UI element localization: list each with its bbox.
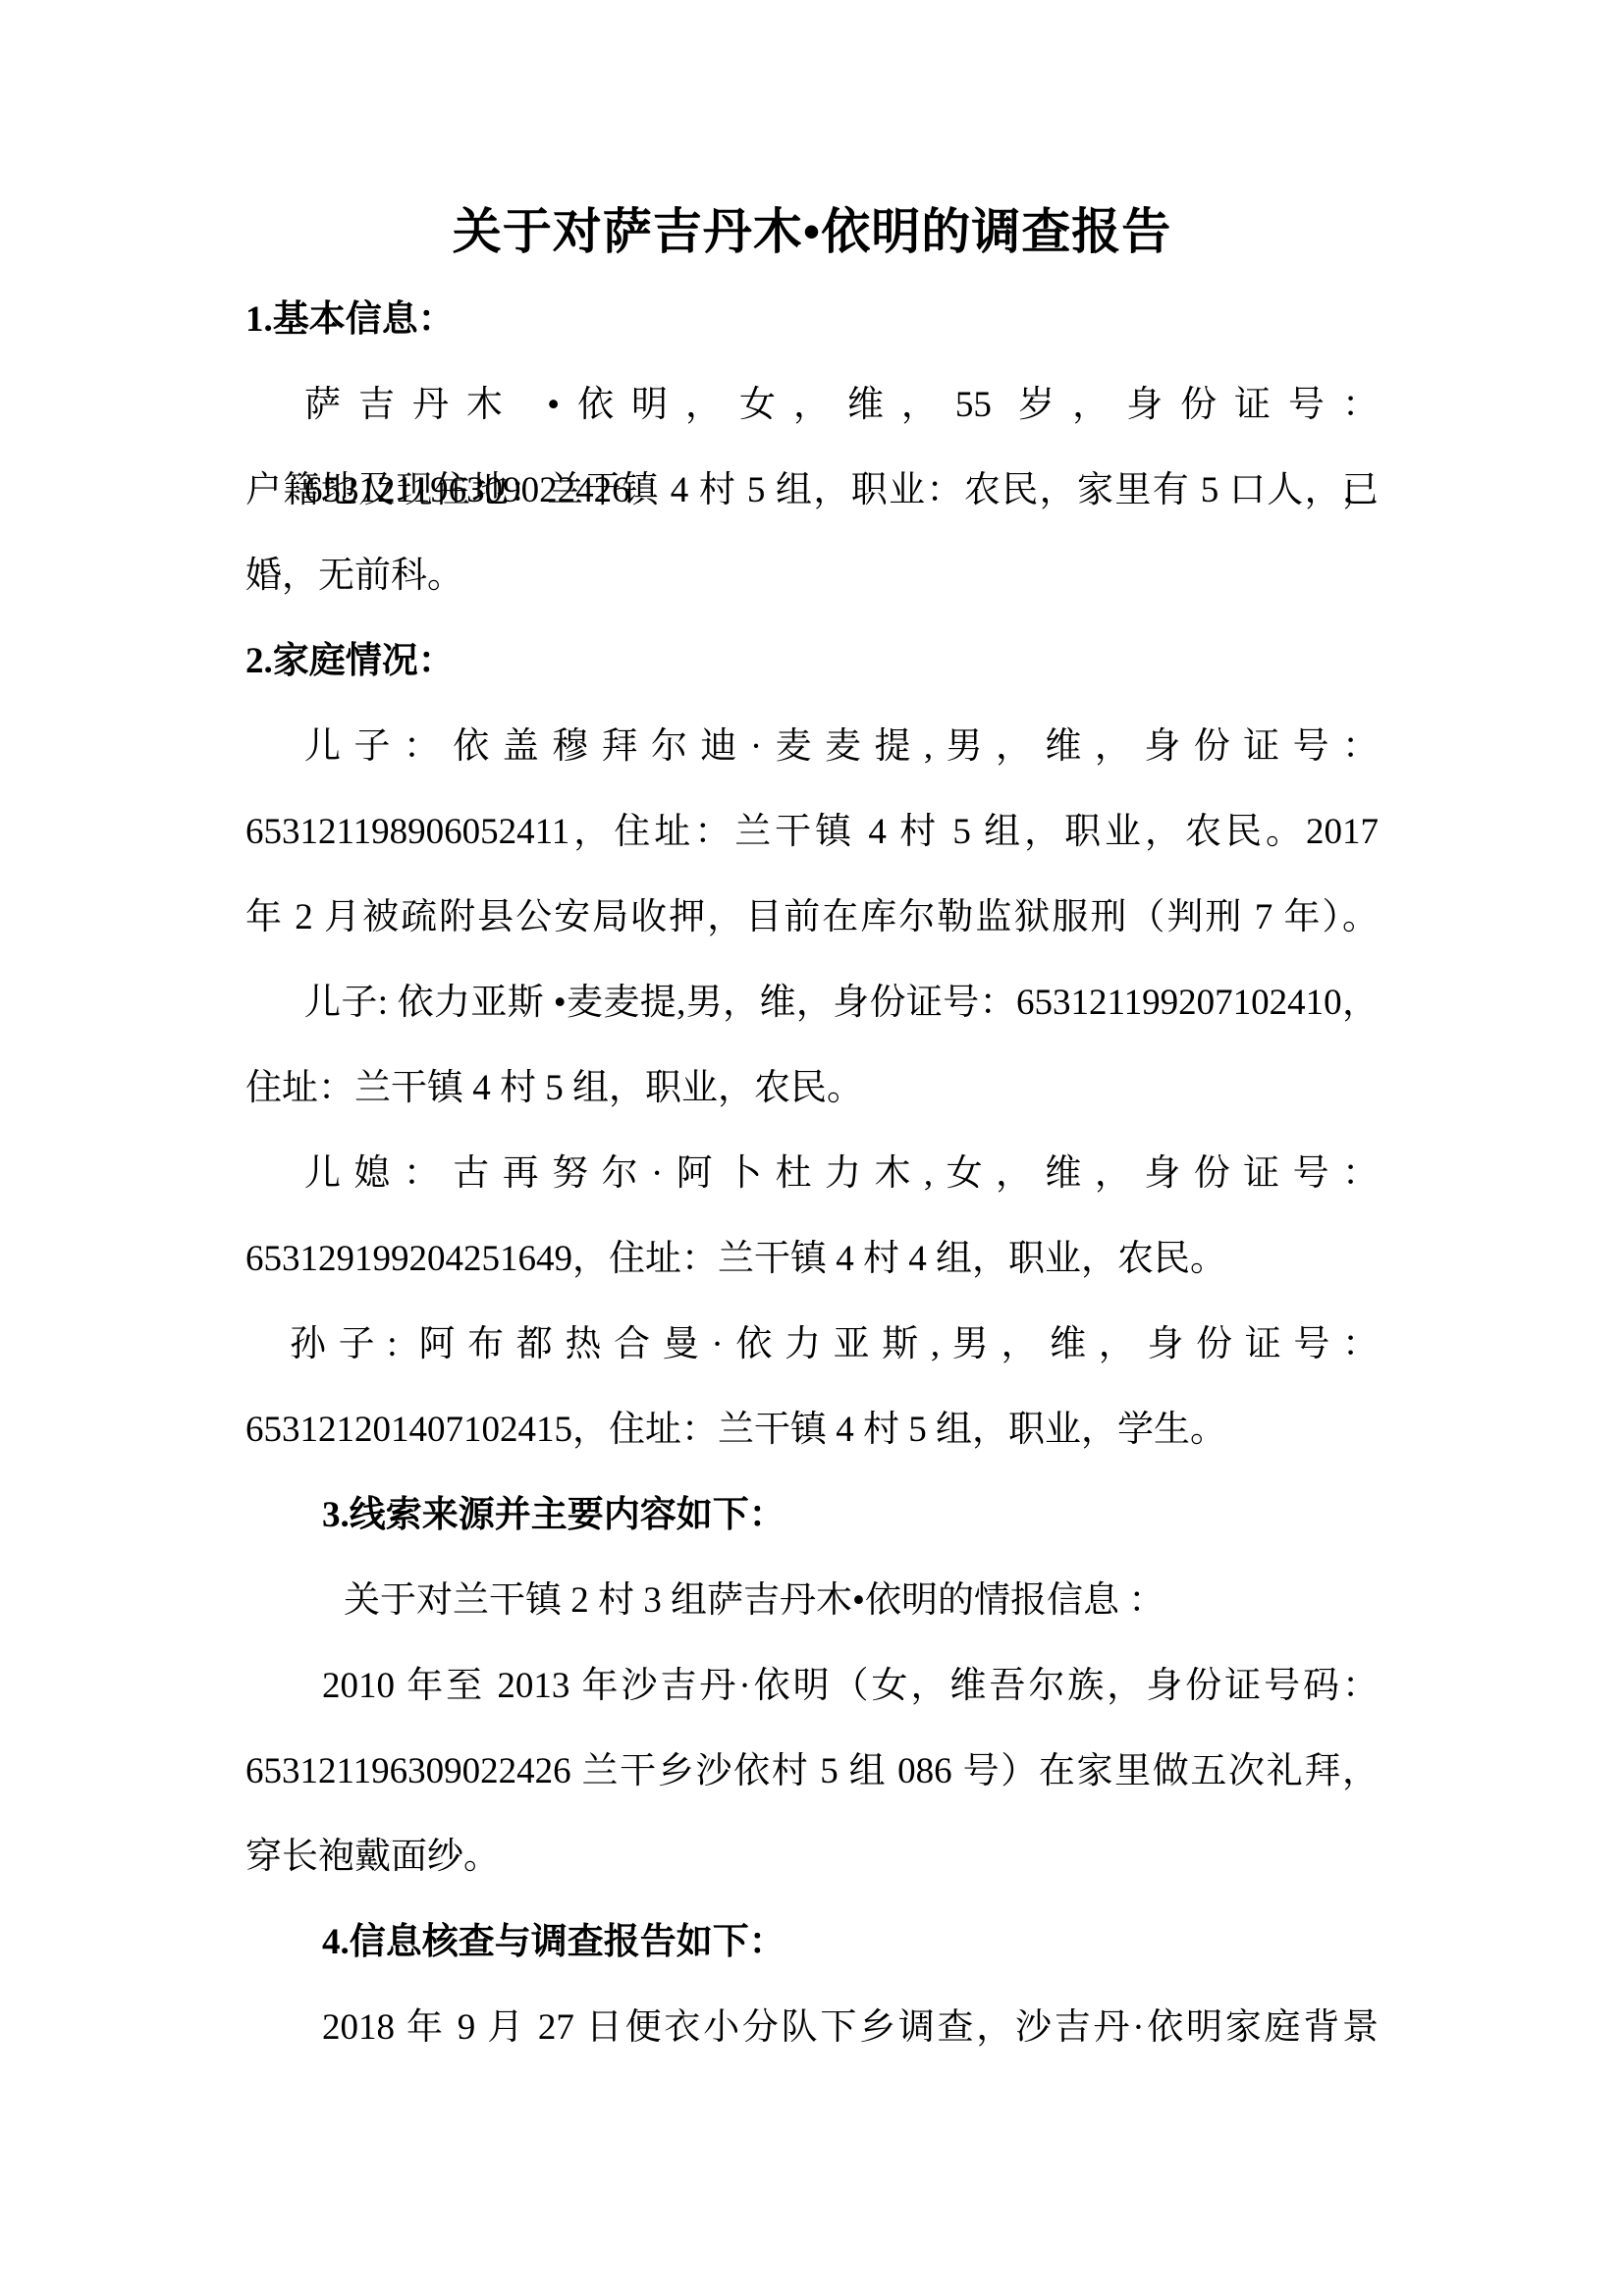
- para-son2-line-2: 住址：兰干镇 4 村 5 组，职业，农民。: [245, 1045, 1379, 1131]
- para-clue-detail-line-3: 穿长袍戴面纱。: [245, 1814, 1379, 1899]
- para-son1-line-2: 653121198906052411，住址：兰干镇 4 村 5 组，职业，农民。…: [245, 789, 1379, 875]
- para-son1-line-1: 儿子：依盖穆拜尔迪·麦麦提,男，维，身份证号：: [245, 704, 1379, 789]
- para-clue-detail-line-2: 653121196309022426 兰干乡沙依村 5 组 086 号）在家里做…: [245, 1729, 1379, 1814]
- section-2-heading: 2.家庭情况：: [245, 618, 1379, 704]
- document-title: 关于对萨吉丹木•依明的调查报告: [245, 187, 1379, 277]
- para-grandson-line-2: 653121201407102415，住址：兰干镇 4 村 5 组，职业，学生。: [245, 1387, 1379, 1472]
- para-verification-line-1: 2018 年 9 月 27 日便衣小分队下乡调查，沙吉丹·依明家庭背景: [245, 1985, 1379, 2070]
- section-1-heading: 1.基本信息：: [245, 277, 1379, 362]
- para-clue-detail-line-1: 2010 年至 2013 年沙吉丹·依明（女，维吾尔族，身份证号码：: [245, 1643, 1379, 1729]
- para-basic-info-line-3: 婚，无前科。: [245, 533, 1379, 618]
- para-basic-info-line-1: 萨吉丹木 •依明，女，维，55 岁，身份证号：65312119630902242…: [245, 362, 1379, 448]
- para-daughter-in-law-line-1: 儿媳：古再努尔·阿卜杜力木,女，维，身份证号：: [245, 1131, 1379, 1216]
- para-son1-line-3: 年 2 月被疏附县公安局收押，目前在库尔勒监狱服刑（判刑 7 年）。: [245, 875, 1379, 960]
- para-clue-source-line-1: 关于对兰干镇 2 村 3 组萨吉丹木•依明的情报信息 ：: [245, 1558, 1379, 1643]
- document-page: 关于对萨吉丹木•依明的调查报告 1.基本信息： 萨吉丹木 •依明，女，维，55 …: [0, 0, 1624, 2296]
- section-3-heading: 3.线索来源并主要内容如下：: [245, 1472, 1379, 1558]
- para-basic-info-line-2: 户籍地及现住地：兰干镇 4 村 5 组，职业：农民，家里有 5 口人，已: [245, 448, 1379, 533]
- para-grandson-line-1: 孙子: 阿布都热合曼·依力亚斯,男，维，身份证号：: [245, 1302, 1379, 1387]
- document-body: 关于对萨吉丹木•依明的调查报告 1.基本信息： 萨吉丹木 •依明，女，维，55 …: [245, 187, 1379, 2070]
- para-son2-line-1: 儿子: 依力亚斯 •麦麦提,男，维，身份证号：65312119920710241…: [245, 960, 1379, 1045]
- para-daughter-in-law-line-2: 653129199204251649，住址：兰干镇 4 村 4 组，职业，农民。: [245, 1216, 1379, 1302]
- section-4-heading: 4.信息核查与调查报告如下：: [245, 1899, 1379, 1985]
